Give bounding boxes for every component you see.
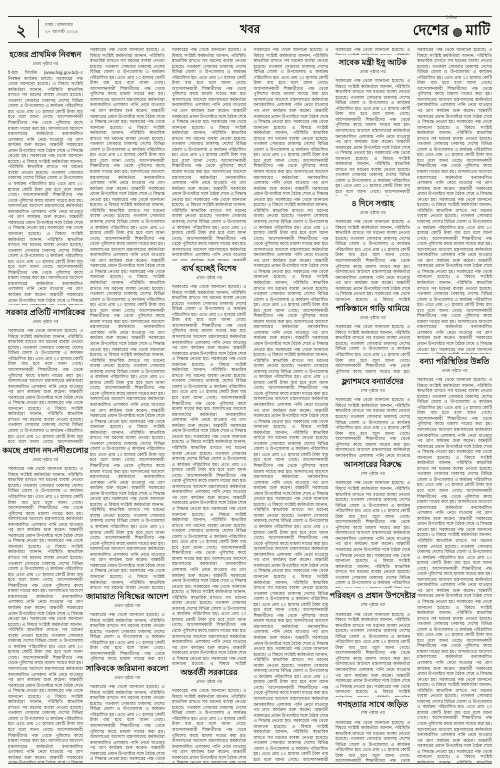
continuation-label: প্রথম পৃষ্ঠার পর	[90, 675, 165, 682]
continuation-label: প্রথম পৃষ্ঠার পর	[90, 603, 165, 610]
continuation-label: প্রথম পৃষ্ঠার পর	[335, 210, 410, 217]
article-headline: অন্তর্বর্তী সরকারের	[165, 668, 254, 678]
body-text: সরকারের পক্ষ থেকে জানানো হয়েছে। এ বিষয়…	[335, 612, 410, 697]
continuation-label: প্রথম পৃষ্ঠার পর	[8, 61, 83, 68]
article-headline: হজের প্রাথমিক নিবন্ধন	[1, 50, 90, 60]
news-column-5: সরকারের পক্ষ থেকে জানানো হয়েছে। এ বিষয়…	[335, 47, 410, 763]
dateline-city-day: ঢাকা : মঙ্গলবার	[45, 22, 78, 29]
article-headline: পরিবহন ও প্রধান উপদেষ্টার	[328, 591, 417, 601]
continuation-label: প্রথম পৃষ্ঠার পর	[8, 319, 83, 326]
article-headline: ফ্ল্যাশমবে বন্যার্তদের	[328, 377, 417, 387]
continuation-label: শেষ পৃষ্ঠার পর	[335, 602, 410, 609]
masthead: দৈনিক দেশের মাটি	[413, 15, 490, 44]
body-text: সরকারের পক্ষ থেকে জানানো হয়েছে। এ বিষয়…	[335, 219, 410, 301]
article-headline: ব্যর্থ হচ্ছেই বিশেষ	[165, 264, 254, 274]
continuation-label: প্রথম পৃষ্ঠার পর	[417, 368, 492, 375]
page-header: ২ ঢাকা : মঙ্গলবার ২৭ আগস্ট ২০২৪ খবর দৈনি…	[8, 17, 492, 42]
body-text: সরকারের পক্ষ থেকে জানানো হয়েছে। এ বিষয়…	[335, 47, 410, 55]
continuation-label: প্রথম পৃষ্ঠার পর	[8, 457, 83, 464]
body-text: সরকারের পক্ষ থেকে জানানো হয়েছে। এ বিষয়…	[335, 324, 410, 374]
article-headline: বন্যা পরিস্থিতির উন্নতি	[410, 357, 499, 367]
article-headline: জামায়াত নিষিদ্ধের আদেশ	[83, 592, 172, 602]
masthead-name: দেশের মাটি	[413, 20, 490, 44]
news-column-1: হজের প্রাথমিক নিবন্ধনপ্রথম পৃষ্ঠার পরই-হ…	[8, 47, 83, 763]
article-headline: গণহত্যার সাথে জড়িত	[328, 700, 417, 710]
dateline-date: ২৭ আগস্ট ২০২৪	[45, 29, 78, 36]
continuation-label: শেষ পৃষ্ঠার পর	[335, 471, 410, 478]
body-text: সরকারের পক্ষ থেকে জানানো হয়েছে। এ বিষয়…	[90, 612, 165, 661]
continuation-label: শেষ পৃষ্ঠার পর	[335, 710, 410, 717]
body-text: সরকারের পক্ষ থেকে জানানো হয়েছে। এ বিষয়…	[417, 47, 492, 354]
news-column-3: সরকারের পক্ষ থেকে জানানো হয়েছে। এ বিষয়…	[172, 47, 247, 763]
header-rule	[8, 42, 492, 43]
news-columns: হজের প্রাথমিক নিবন্ধনপ্রথম পৃষ্ঠার পরই-হ…	[8, 47, 492, 764]
body-text: সরকারের পক্ষ থেকে জানানো হয়েছে। এ বিষয়…	[335, 397, 410, 457]
news-column-6: সরকারের পক্ষ থেকে জানানো হয়েছে। এ বিষয়…	[417, 47, 492, 763]
article-headline: সরকার প্রতিটি নাগরিকের	[1, 308, 90, 318]
body-text: সরকারের পক্ষ থেকে জানানো হয়েছে। এ বিষয়…	[172, 47, 247, 261]
body-text: সরকারের পক্ষ থেকে জানানো হয়েছে। এ বিষয়…	[90, 47, 165, 589]
continuation-label: শেষ পৃষ্ঠার পর	[335, 388, 410, 395]
body-text: সরকারের পক্ষ থেকে জানানো হয়েছে। এ বিষয়…	[8, 328, 83, 443]
article-headline: কমছে প্রধান নদ-নদীগুলোর	[1, 446, 90, 456]
section-title: খবর	[240, 21, 260, 40]
body-text: সরকারের পক্ষ থেকে জানানো হয়েছে। এ বিষয়…	[253, 47, 328, 763]
masthead-word-right: মাটি	[466, 20, 490, 44]
continuation-label: প্রথম পৃষ্ঠার পর	[172, 679, 247, 686]
article-headline: ৪ দিনে সপ্তাহ	[328, 199, 417, 209]
dateline: ঢাকা : মঙ্গলবার ২৭ আগস্ট ২০২৪	[45, 22, 78, 36]
article-headline: সাকিবকে জরিমানা করলো	[83, 664, 172, 674]
body-text: সরকারের পক্ষ থেকে জানানো হয়েছে। এ বিষয়…	[90, 684, 165, 763]
body-text: সরকারের পক্ষ থেকে জানানো হয়েছে। এ বিষয়…	[335, 78, 410, 196]
masthead-word-left: দেশের	[413, 20, 449, 44]
continuation-label: প্রথম পৃষ্ঠার পর	[335, 315, 410, 322]
body-text: সরকারের পক্ষ থেকে জানানো হয়েছে। এ বিষয়…	[417, 377, 492, 763]
article-headline: পাকিস্তানে গাড়ি থামিয়ে	[328, 304, 417, 314]
page-number-divider	[38, 19, 39, 38]
body-text: সরকারের পক্ষ থেকে জানানো হয়েছে। এ বিষয়…	[172, 284, 247, 665]
continuation-label: প্রথম পৃষ্ঠার পর	[172, 275, 247, 282]
article-headline: আনসারের বিরুদ্ধে	[328, 460, 417, 470]
continuation-label: প্রথম পৃষ্ঠার পর	[335, 69, 410, 76]
news-column-4: সরকারের পক্ষ থেকে জানানো হয়েছে। এ বিষয়…	[253, 47, 328, 763]
masthead-logo-icon	[453, 28, 462, 37]
body-text: ই-হজ সিস্টেম (www.hajj.gov.bd)-এ নিবন্ধন…	[8, 70, 83, 305]
news-column-2: সরকারের পক্ষ থেকে জানানো হয়েছে। এ বিষয়…	[90, 47, 165, 763]
body-text: সরকারের পক্ষ থেকে জানানো হয়েছে। এ বিষয়…	[8, 466, 83, 763]
body-text: সরকারের পক্ষ থেকে জানানো হয়েছে। এ বিষয়…	[335, 480, 410, 588]
article-headline: সাবেক মন্ত্রী ইনু আটক	[328, 58, 417, 68]
page-number: ২	[16, 18, 26, 45]
body-text: সরকারের পক্ষ থেকে জানানো হয়েছে। এ বিষয়…	[335, 720, 410, 763]
body-text: সরকারের পক্ষ থেকে জানানো হয়েছে। এ বিষয়…	[172, 688, 247, 763]
